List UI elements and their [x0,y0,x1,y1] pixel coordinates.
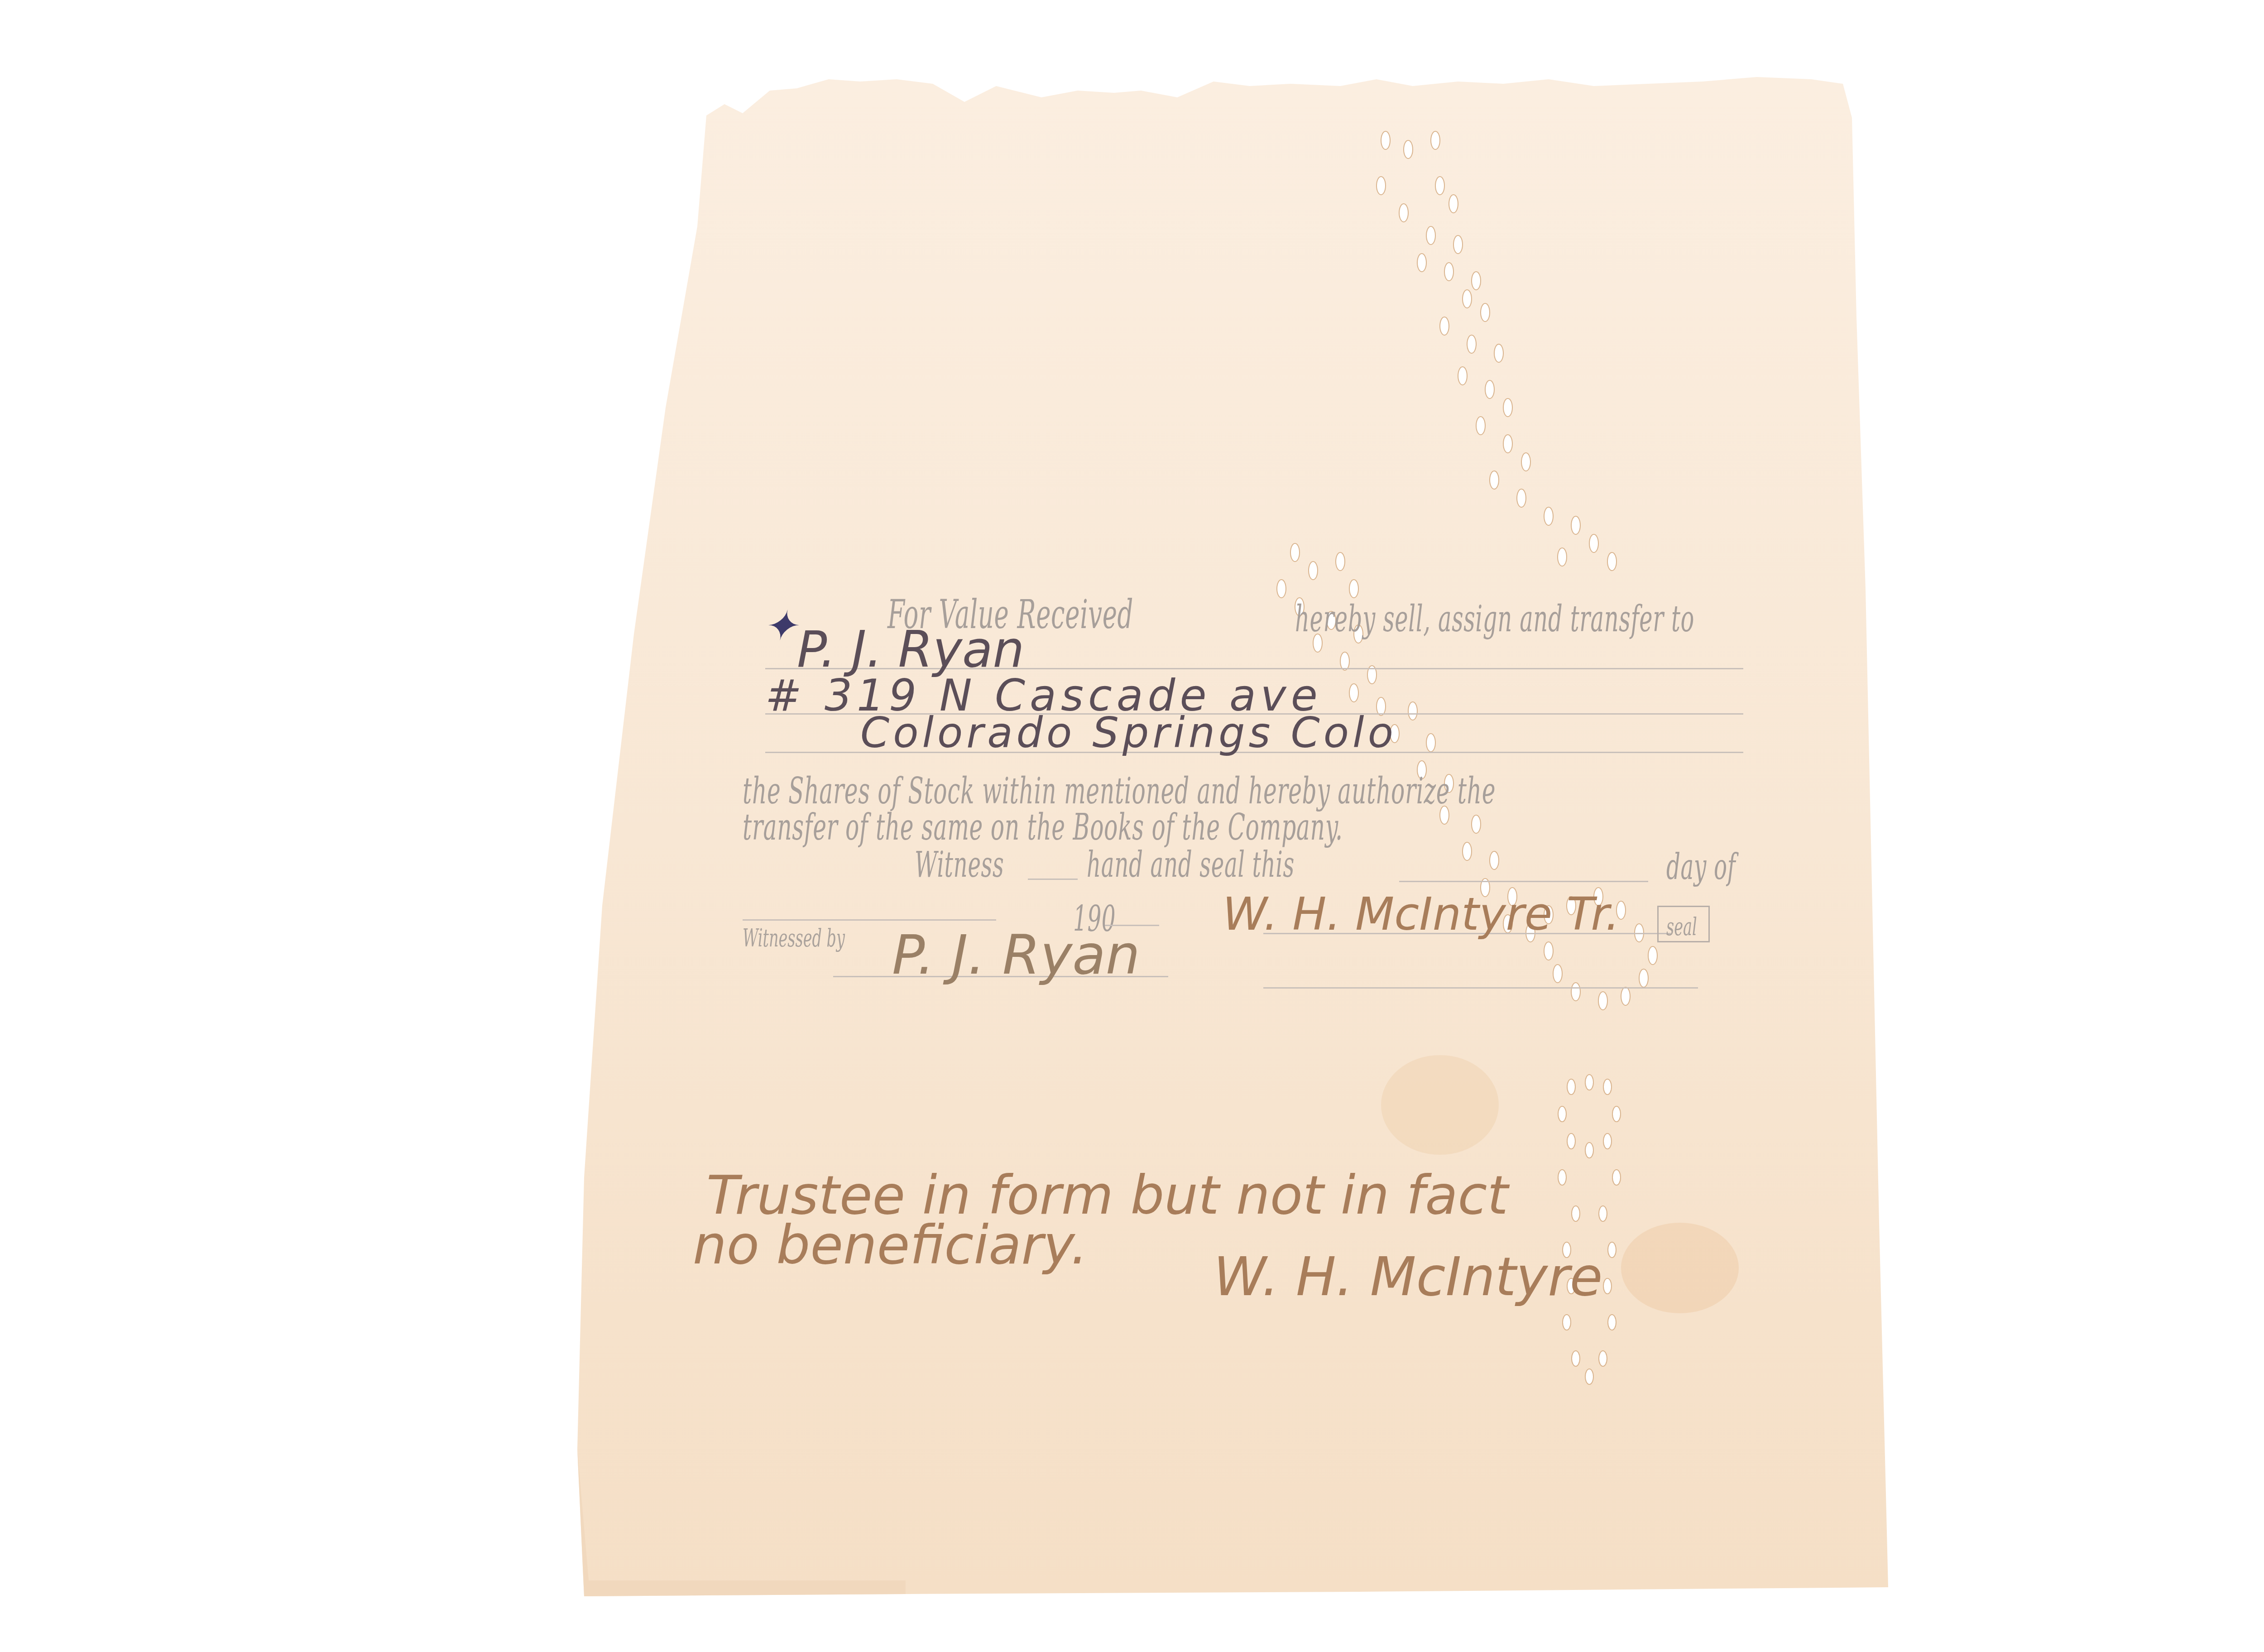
printed-seal: seal [1666,912,1697,941]
rule-day-blank [1399,881,1648,882]
rule-second-signature [1263,987,1698,989]
printed-transfer-line: transfer of the same on the Books of the… [743,806,1343,848]
printed-hand-and-seal: hand and seal this [1087,845,1295,885]
handwritten-note-line2: no beneficiary. [693,1214,1088,1276]
handwritten-assignee-name: P. J. Ryan [797,620,1024,678]
signature-mcintyre-trustee: W. H. McIntyre Tr. [1223,888,1620,941]
rule-witness-blank [1028,879,1078,880]
printed-witnessed-by: Witnessed by [743,924,845,952]
printed-day-of: day of [1666,847,1736,888]
stock-certificate-back: For Value Received hereby sell, assign a… [0,0,2264,1652]
signature-witness-ryan: P. J. Ryan [892,924,1140,987]
printed-assign-transfer: hereby sell, assign and transfer to [1295,598,1694,640]
ink-blot-arrow: ✦ [763,602,797,650]
signature-mcintyre-note: W. H. McIntyre [1214,1245,1602,1308]
rule-date [743,919,996,921]
printed-witness: Witness [915,845,1004,885]
handwritten-address-line2: Colorado Springs Colo [860,709,1397,757]
